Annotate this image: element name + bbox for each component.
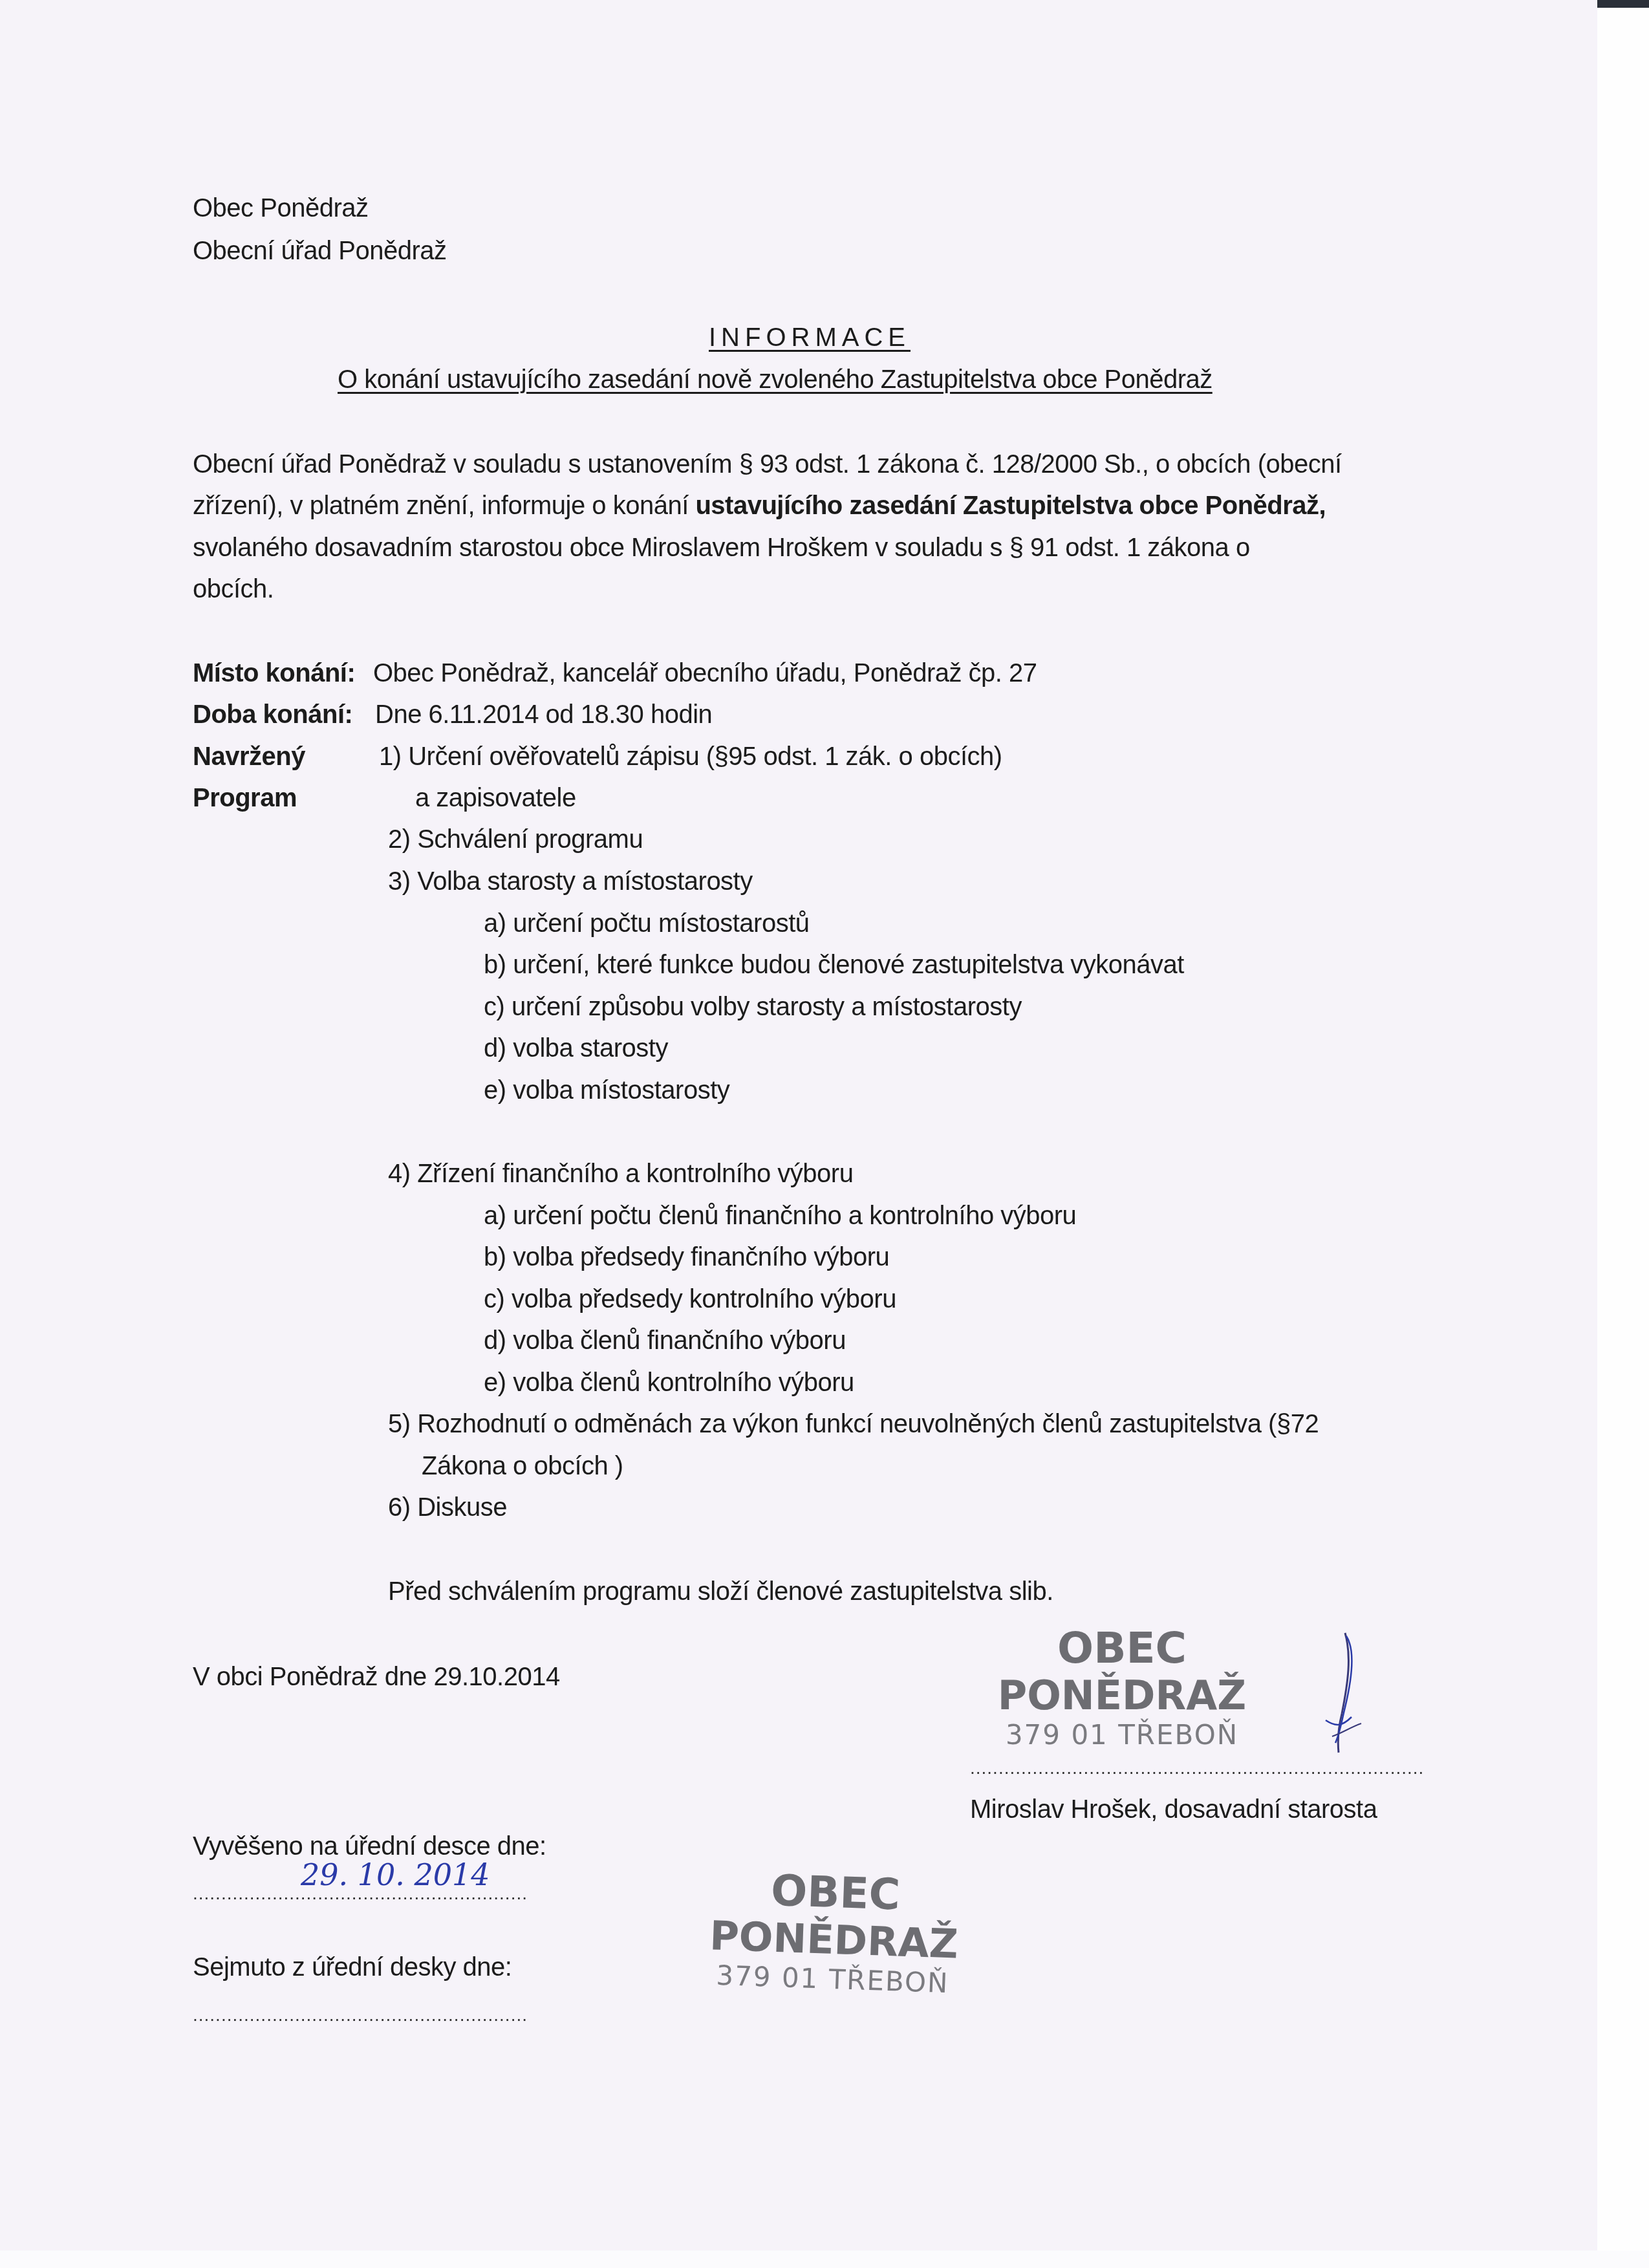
header-office: Obecní úřad Ponědraž [193, 235, 446, 266]
program-subitem: e) volba členů kontrolního výboru [484, 1367, 854, 1398]
program-item: 4) Zřízení finančního a kontrolního výbo… [388, 1158, 853, 1189]
intro-bold-text: ustavujícího zasedání Zastupitelstva obc… [695, 491, 1326, 520]
program-item: 1) Určení ověřovatelů zápisu (§95 odst. … [379, 741, 1002, 772]
header-municipality: Obec Ponědraž [193, 193, 368, 224]
intro-text: zřízení), v platném znění, informuje o k… [193, 491, 695, 520]
program-subitem: d) volba členů finančního výboru [484, 1325, 846, 1356]
time-value: Dne 6.11.2014 od 18.30 hodin [375, 699, 712, 730]
signatory-name: Miroslav Hrošek, dosavadní starosta [970, 1794, 1377, 1825]
stamp-line: 379 01 TŘEBOŇ [983, 1719, 1261, 1751]
place-and-date: V obci Ponědraž dne 29.10.2014 [193, 1661, 560, 1692]
program-subitem: b) volba předsedy finančního výboru [484, 1242, 889, 1273]
program-label: Program [193, 783, 297, 814]
official-stamp-2: OBEC PONĚDRAŽ 379 01 TŘEBOŇ [684, 1864, 986, 2001]
official-stamp: OBEC PONĚDRAŽ 379 01 TŘEBOŇ [983, 1625, 1261, 1751]
program-item: 3) Volba starosty a místostarosty [388, 866, 753, 897]
program-subitem: c) určení způsobu volby starosty a místo… [484, 991, 1022, 1022]
document-subtitle: O konání ustavujícího zasedání nově zvol… [338, 364, 1212, 395]
removed-label: Sejmuto z úřední desky dne: [193, 1952, 512, 1983]
intro-line: obcích. [193, 574, 274, 605]
place-value: Obec Ponědraž, kancelář obecního úřadu, … [373, 658, 1037, 689]
place-label: Místo konání: [193, 658, 355, 689]
scan-edge-bottom [0, 2251, 1649, 2268]
stamp-line: OBEC [983, 1625, 1261, 1672]
program-label: Navržený [193, 741, 305, 772]
intro-line: zřízení), v platném znění, informuje o k… [193, 490, 1326, 521]
posted-date-line: ........................................… [193, 1883, 529, 1904]
program-item: 6) Diskuse [388, 1492, 507, 1523]
program-subitem: c) volba předsedy kontrolního výboru [484, 1284, 896, 1315]
removed-date-line: ........................................… [193, 2005, 529, 2025]
program-subitem: e) volba místostarosty [484, 1075, 729, 1106]
intro-line: Obecní úřad Ponědraž v souladu s ustanov… [193, 449, 1342, 480]
program-subitem: a) určení počtu členů finančního a kontr… [484, 1200, 1076, 1231]
stamp-line: PONĚDRAŽ [983, 1672, 1261, 1719]
scan-edge [1597, 0, 1649, 2268]
program-item-continued: a zapisovatele [415, 783, 576, 814]
oath-note: Před schválením programu složí členové z… [388, 1576, 1053, 1607]
time-label: Doba konání: [193, 699, 352, 730]
document-title: INFORMACE [709, 322, 911, 353]
signature-icon [1306, 1630, 1384, 1759]
program-subitem: a) určení počtu místostarostů [484, 908, 810, 939]
program-subitem: b) určení, které funkce budou členové za… [484, 949, 1184, 980]
signature-line: ........................................… [970, 1758, 1423, 1778]
program-item: 5) Rozhodnutí o odměnách za výkon funkcí… [388, 1409, 1319, 1440]
scan-edge-dark [1597, 0, 1649, 8]
program-subitem: d) volba starosty [484, 1033, 668, 1064]
program-item-continued: Zákona o obcích ) [422, 1451, 623, 1482]
intro-line: svolaného dosavadním starostou obce Miro… [193, 532, 1250, 563]
program-item: 2) Schválení programu [388, 824, 643, 855]
